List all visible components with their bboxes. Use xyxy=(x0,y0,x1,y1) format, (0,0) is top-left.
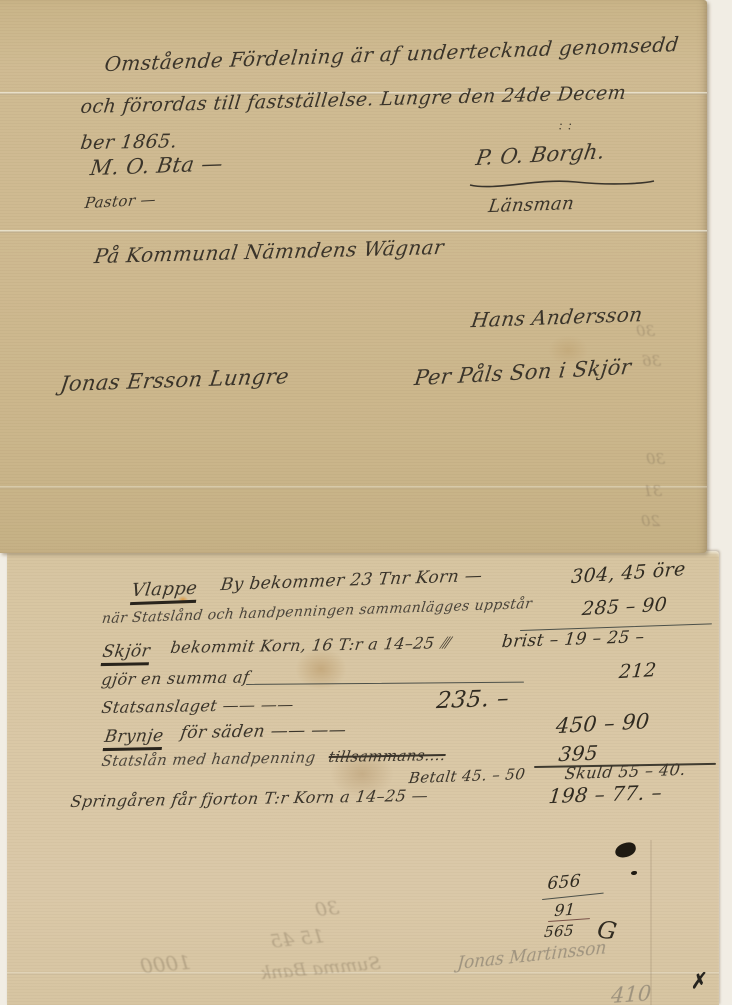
signature-right-title: Länsman xyxy=(487,193,576,217)
bleedthrough-number: 36 xyxy=(642,352,661,370)
account-line-6-amount: 450 – 90 xyxy=(555,709,651,738)
calc-difference: 565 xyxy=(543,921,574,941)
account-line-5-text: Statsanslaget —— —— xyxy=(100,695,295,717)
bleedthrough-number: 30 xyxy=(646,450,665,468)
account-line-7-struck-word: tillsammans.... xyxy=(327,746,446,766)
signature-left-name: M. O. Bta — xyxy=(89,151,225,180)
account-line-9-amount: 198 – 77. – xyxy=(547,780,663,808)
bleedthrough-number: 20 xyxy=(641,512,660,530)
pencil-number: 410 xyxy=(610,981,652,1005)
calc-minuend: 656 xyxy=(547,871,582,894)
account-line-7-text: Statslån med handpenning xyxy=(100,748,316,770)
account-line-4-amount: 212 xyxy=(618,659,657,683)
account-line-3-head: Skjör xyxy=(101,641,152,666)
bleedthrough-number: 30 xyxy=(314,897,340,921)
scanned-document: 30 36 30 31 20 30 15 45 1000 Summa Bank … xyxy=(0,0,732,1005)
signature-left-title: Pastor — xyxy=(84,190,157,212)
account-line-4-text: gjör en summa af xyxy=(100,667,250,689)
bleedthrough-number: 1000 xyxy=(139,950,192,978)
account-line-5-amount: 235. – xyxy=(435,685,510,714)
ink-dots: ˸ ˸ xyxy=(558,120,572,136)
calc-subtrahend: 91 xyxy=(554,900,576,921)
account-line-1-head: Vlappe xyxy=(130,578,199,605)
account-line-6-text: för säden —— —— xyxy=(179,720,347,743)
bleedthrough-number: 31 xyxy=(643,482,662,500)
account-line-6-head: Brynje xyxy=(103,726,165,751)
header-line-3: ber 1865. xyxy=(79,130,178,154)
account-line-2-amount: 285 – 90 xyxy=(581,594,668,621)
